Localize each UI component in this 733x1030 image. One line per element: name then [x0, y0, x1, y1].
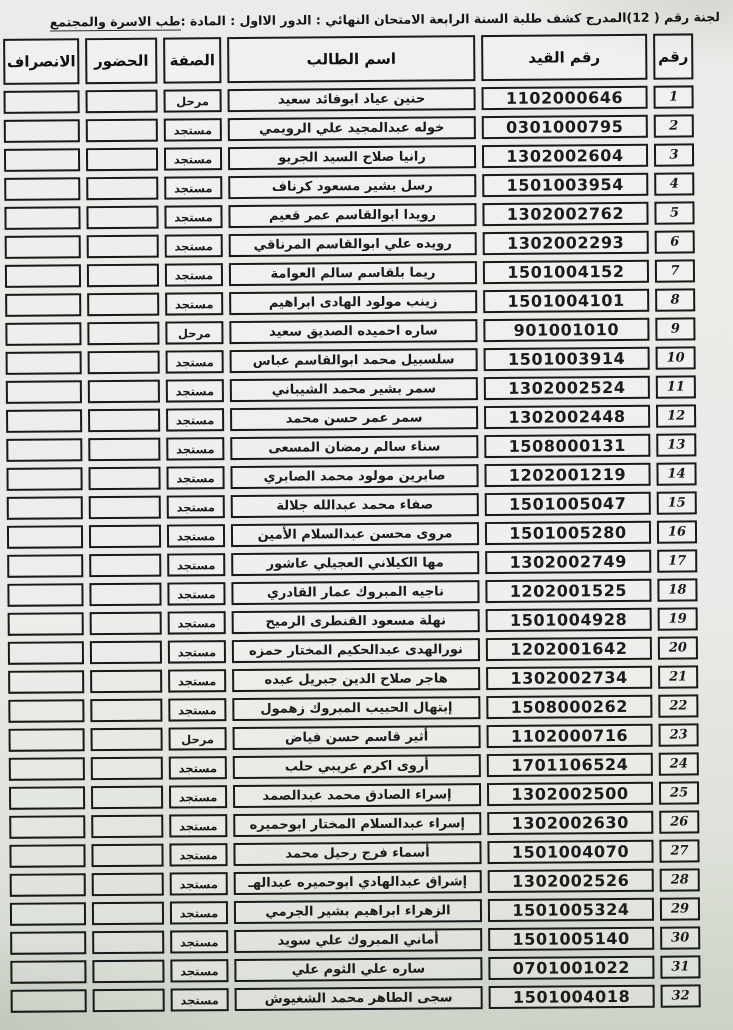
status-cell: مستجد [166, 437, 224, 460]
student-name-cell: سجى الطاهر محمد الشغيوش [235, 986, 483, 1011]
table-row: 16 1501005280 مروى محسن عبدالسلام الأمين… [7, 520, 697, 548]
departure-cell [9, 844, 85, 868]
departure-cell [7, 554, 83, 578]
registration-number-cell: 1302002734 [486, 666, 652, 690]
row-number-cell: 20 [658, 636, 698, 659]
attendance-cell [88, 380, 160, 404]
departure-cell [7, 583, 83, 607]
student-name-cell: رويدا ابوالقاسم عمر قعيم [228, 203, 476, 228]
registration-number-cell: 1501004152 [483, 260, 649, 284]
status-cell: مستجد [166, 466, 224, 489]
status-cell: مستجد [169, 785, 227, 808]
student-name-cell: ساره علي الثوم علي [234, 957, 482, 982]
student-name-cell: مها الكيلاني العجيلي عاشور [231, 551, 479, 576]
attendance-cell [86, 177, 158, 201]
registration-number-cell: 1302002604 [482, 144, 648, 168]
departure-cell [4, 119, 80, 143]
departure-cell [9, 786, 85, 810]
departure-cell [5, 322, 81, 346]
attendance-cell [91, 815, 163, 839]
attendance-cell [92, 873, 164, 897]
table-row: 11 1302002524 سمر بشير محمد الشيباني مست… [6, 375, 696, 403]
table-row: 10 1501003914 سلسبيل محمد ابوالقاسم عباس… [6, 346, 696, 374]
attendance-cell [87, 235, 159, 259]
page-title-text: لجنة رقم ( 12)المدرج كشف طلبة السنة الرا… [181, 9, 720, 28]
attendance-cell [90, 641, 162, 665]
registration-number-cell: 1501004101 [483, 289, 649, 313]
student-name-cell: صفاء محمد عبدالله جلالة [231, 493, 479, 518]
departure-cell [8, 699, 84, 723]
attendance-cell [89, 583, 161, 607]
status-cell: مستجد [168, 640, 226, 663]
departure-cell [4, 177, 80, 201]
row-number-cell: 4 [654, 172, 694, 195]
registration-number-cell: 1202001525 [485, 579, 651, 603]
status-cell: مستجد [165, 292, 223, 315]
status-cell: مستجد [170, 872, 228, 895]
status-cell: مرحل [169, 727, 227, 750]
row-number-cell: 22 [658, 694, 698, 717]
student-name-cell: سناء سالم رمضان المسعى [230, 435, 478, 460]
table-row: 32 1501004018 سجى الطاهر محمد الشغيوش مس… [11, 984, 701, 1012]
registration-number-cell: 1302002630 [487, 811, 653, 835]
registration-number-cell: 1501004928 [486, 608, 652, 632]
attendance-cell [89, 525, 161, 549]
row-number-cell: 10 [656, 346, 696, 369]
status-cell: مستجد [165, 234, 223, 257]
status-cell: مستجد [166, 350, 224, 373]
table-row: 28 1302002526 إشراق عبدالهادي ابوحميره ع… [10, 868, 700, 896]
status-cell: مستجد [169, 814, 227, 837]
registration-number-cell: 1501004070 [487, 840, 653, 864]
student-name-cell: سمر عمر حسن محمد [230, 406, 478, 431]
status-cell: مستجد [164, 205, 222, 228]
registration-number-cell: 1501003914 [484, 347, 650, 371]
student-name-cell: الزهراء ابراهيم بشير الجرمي [234, 899, 482, 924]
row-number-cell: 11 [656, 375, 696, 398]
column-header-student-name: اسم الطالب [227, 35, 475, 83]
departure-cell [9, 757, 85, 781]
attendance-cell [91, 728, 163, 752]
student-name-cell: سلسبيل محمد ابوالقاسم عباس [230, 348, 478, 373]
column-header-number: رقم [653, 33, 693, 79]
table-row: 15 1501005047 صفاء محمد عبدالله جلالة مس… [7, 491, 697, 519]
row-number-cell: 14 [656, 462, 696, 485]
status-cell: مستجد [169, 756, 227, 779]
table-row: 26 1302002630 إسراء عبدالسلام المختار اب… [9, 810, 699, 838]
departure-cell [8, 670, 84, 694]
table-row: 21 1302002734 هاجر صلاح الدين جبريل عبده… [8, 665, 698, 693]
registration-number-cell: 1102000646 [481, 86, 647, 110]
departure-cell [5, 264, 81, 288]
student-name-cell: ساره احميده الصديق سعيد [229, 319, 477, 344]
status-cell: مرحل [165, 321, 223, 344]
table-row: 27 1501004070 أسماء فرج رحيل محمد مستجد [9, 839, 699, 867]
student-name-cell: صابرين مولود محمد الصابري [230, 464, 478, 489]
attendance-cell [89, 496, 161, 520]
departure-cell [10, 902, 86, 926]
registration-number-cell: 901001010 [483, 318, 649, 342]
row-number-cell: 3 [654, 143, 694, 166]
status-cell: مستجد [167, 524, 225, 547]
departure-cell [4, 148, 80, 172]
table-row: 12 1302002448 سمر عمر حسن محمد مستجد [6, 404, 696, 432]
table-row: 9 901001010 ساره احميده الصديق سعيد مرحل [5, 317, 695, 345]
row-number-cell: 27 [659, 839, 699, 862]
table-row: 7 1501004152 ريما بلقاسم سالم العوامة مس… [5, 259, 695, 287]
row-number-cell: 9 [655, 317, 695, 340]
status-cell: مستجد [168, 611, 226, 634]
registration-number-cell: 1102000716 [487, 724, 653, 748]
student-name-cell: سمر بشير محمد الشيباني [230, 377, 478, 402]
departure-cell [5, 235, 81, 259]
registration-number-cell: 1501005047 [485, 492, 651, 516]
registration-number-cell: 1302002526 [488, 869, 654, 893]
registration-number-cell: 1501005324 [488, 898, 654, 922]
row-number-cell: 25 [659, 781, 699, 804]
attendance-cell [87, 293, 159, 317]
attendance-cell [92, 960, 164, 984]
table-row: 13 1508000131 سناء سالم رمضان المسعى مست… [6, 433, 696, 461]
student-name-cell: نهلة مسعود القنطرى الرميح [232, 609, 480, 634]
attendance-cell [86, 90, 158, 114]
departure-cell [9, 815, 85, 839]
status-cell: مستجد [166, 379, 224, 402]
attendance-cell [88, 467, 160, 491]
registration-number-cell: 0301000795 [482, 115, 648, 139]
table-row: 4 1501003954 رسل بشير مسعود كرناف مستجد [4, 172, 694, 200]
attendance-cell [90, 670, 162, 694]
registration-number-cell: 1302002749 [485, 550, 651, 574]
table-row: 1 1102000646 حنين عياد ابوفائد سعيد مرحل [4, 85, 694, 113]
row-number-cell: 13 [656, 433, 696, 456]
attendance-cell [93, 989, 165, 1013]
student-name-cell: إسراء عبدالسلام المختار ابوحميره [233, 812, 481, 837]
registration-number-cell: 1701106524 [487, 753, 653, 777]
student-name-cell: خوله عبدالمجيد علي الرويمي [228, 116, 476, 141]
table-row: 18 1202001525 ناجيه المبروك عمار القادري… [7, 578, 697, 606]
table-row: 3 1302002604 رانيا صلاح السيد الجريو مست… [4, 143, 694, 171]
status-cell: مستجد [168, 698, 226, 721]
row-number-cell: 17 [657, 549, 697, 572]
table-row: 20 1202001642 نورالهدى عبدالحكيم المختار… [8, 636, 698, 664]
student-name-cell: إشراق عبدالهادي ابوحميره عبدالهـ [234, 870, 482, 895]
students-table-body: 1 1102000646 حنين عياد ابوفائد سعيد مرحل… [4, 85, 701, 1012]
student-name-cell: مروى محسن عبدالسلام الأمين [231, 522, 479, 547]
departure-cell [6, 351, 82, 375]
departure-cell [4, 90, 80, 114]
status-cell: مستجد [170, 901, 228, 924]
attendance-cell [86, 206, 158, 230]
table-row: 22 1508000262 إبتهال الحبيب المبروك زهمو… [8, 694, 698, 722]
status-cell: مستجد [164, 118, 222, 141]
student-name-cell: أسماء فرج رحيل محمد [233, 841, 481, 866]
attendance-cell [88, 438, 160, 462]
registration-number-cell: 1302002500 [487, 782, 653, 806]
student-name-cell: رويده علي ابوالقاسم المرناقي [229, 232, 477, 257]
departure-cell [6, 467, 82, 491]
row-number-cell: 1 [653, 85, 693, 108]
table-row: 17 1302002749 مها الكيلاني العجيلي عاشور… [7, 549, 697, 577]
student-name-cell: رانيا صلاح السيد الجريو [228, 145, 476, 170]
student-name-cell: نورالهدى عبدالحكيم المختار حمزه [232, 638, 480, 663]
departure-cell [10, 931, 86, 955]
departure-cell [10, 873, 86, 897]
departure-cell [10, 960, 86, 984]
table-row: 14 1202001219 صابرين مولود محمد الصابري … [6, 462, 696, 490]
attendance-cell [92, 931, 164, 955]
attendance-cell [90, 612, 162, 636]
status-cell: مستجد [171, 988, 229, 1011]
attendance-cell [86, 148, 158, 172]
page-title-subject: طب الاسرة والمجتمع [50, 13, 181, 31]
row-number-cell: 8 [655, 288, 695, 311]
row-number-cell: 28 [660, 868, 700, 891]
student-name-cell: أثير قاسم حسن فياض [233, 725, 481, 750]
status-cell: مستجد [165, 263, 223, 286]
registration-number-cell: 1302002762 [482, 202, 648, 226]
row-number-cell: 29 [660, 897, 700, 920]
departure-cell [4, 206, 80, 230]
attendance-cell [91, 757, 163, 781]
row-number-cell: 15 [657, 491, 697, 514]
status-cell: مستجد [168, 669, 226, 692]
registration-number-cell: 1202001642 [486, 637, 652, 661]
registration-number-cell: 1302002293 [483, 231, 649, 255]
row-number-cell: 32 [661, 984, 701, 1007]
document-sheet: لجنة رقم ( 12)المدرج كشف طلبة السنة الرا… [0, 0, 733, 1019]
row-number-cell: 26 [659, 810, 699, 833]
attendance-cell [88, 409, 160, 433]
table-row: 24 1701106524 أروى اكرم عريبي حلب مستجد [9, 752, 699, 780]
departure-cell [6, 438, 82, 462]
registration-number-cell: 1501005280 [485, 521, 651, 545]
attendance-cell [87, 264, 159, 288]
departure-cell [11, 989, 87, 1013]
status-cell: مستجد [170, 930, 228, 953]
registration-number-cell: 1302002524 [484, 376, 650, 400]
scan-background: { "page": { "title_prefix": "لجنة رقم ( … [0, 0, 733, 1030]
registration-number-cell: 0701001022 [488, 956, 654, 980]
departure-cell [5, 293, 81, 317]
registration-number-cell: 1501004018 [489, 985, 655, 1009]
attendance-cell [88, 351, 160, 375]
table-row: 25 1302002500 إسراء الصادق محمد عبدالصمد… [9, 781, 699, 809]
departure-cell [6, 409, 82, 433]
column-header-registration: رقم القيد [481, 34, 647, 81]
status-cell: مستجد [167, 553, 225, 576]
row-number-cell: 2 [654, 114, 694, 137]
attendance-cell [87, 322, 159, 346]
row-number-cell: 18 [657, 578, 697, 601]
registration-number-cell: 1508000262 [486, 695, 652, 719]
attendance-cell [90, 699, 162, 723]
departure-cell [9, 728, 85, 752]
table-row: 8 1501004101 زينب مولود الهادى ابراهيم م… [5, 288, 695, 316]
attendance-cell [92, 902, 164, 926]
status-cell: مستجد [166, 408, 224, 431]
row-number-cell: 16 [657, 520, 697, 543]
row-number-cell: 19 [658, 607, 698, 630]
row-number-cell: 30 [660, 926, 700, 949]
row-number-cell: 6 [655, 230, 695, 253]
student-name-cell: هاجر صلاح الدين جبريل عبده [232, 667, 480, 692]
table-row: 19 1501004928 نهلة مسعود القنطرى الرميح … [8, 607, 698, 635]
registration-number-cell: 1302002448 [484, 405, 650, 429]
column-header-departure: الانصراف [3, 38, 79, 85]
row-number-cell: 31 [660, 955, 700, 978]
registration-number-cell: 1202001219 [484, 463, 650, 487]
row-number-cell: 12 [656, 404, 696, 427]
status-cell: مرحل [164, 89, 222, 112]
status-cell: مستجد [164, 147, 222, 170]
student-name-cell: حنين عياد ابوفائد سعيد [228, 87, 476, 112]
student-name-cell: إبتهال الحبيب المبروك زهمول [232, 696, 480, 721]
attendance-cell [91, 786, 163, 810]
student-name-cell: زينب مولود الهادى ابراهيم [229, 290, 477, 315]
student-name-cell: أماني المبروك علي سويد [234, 928, 482, 953]
departure-cell [7, 525, 83, 549]
status-cell: مستجد [169, 843, 227, 866]
student-name-cell: رسل بشير مسعود كرناف [228, 174, 476, 199]
departure-cell [8, 612, 84, 636]
departure-cell [7, 496, 83, 520]
registration-number-cell: 1501003954 [482, 173, 648, 197]
status-cell: مستجد [167, 495, 225, 518]
table-row: 2 0301000795 خوله عبدالمجيد علي الرويمي … [4, 114, 694, 142]
departure-cell [6, 380, 82, 404]
table-row: 30 1501005140 أماني المبروك علي سويد مست… [10, 926, 700, 954]
table-header-row: رقم رقم القيد اسم الطالب الصفة الحضور ال… [3, 33, 693, 84]
status-cell: مستجد [164, 176, 222, 199]
registration-number-cell: 1508000131 [484, 434, 650, 458]
attendance-cell [86, 119, 158, 143]
student-name-cell: أروى اكرم عريبي حلب [233, 754, 481, 779]
column-header-status: الصفة [163, 37, 221, 83]
student-name-cell: إسراء الصادق محمد عبدالصمد [233, 783, 481, 808]
row-number-cell: 21 [658, 665, 698, 688]
table-row: 31 0701001022 ساره علي الثوم علي مستجد [10, 955, 700, 983]
status-cell: مستجد [167, 582, 225, 605]
registration-number-cell: 1501005140 [488, 927, 654, 951]
row-number-cell: 7 [655, 259, 695, 282]
status-cell: مستجد [170, 959, 228, 982]
row-number-cell: 24 [659, 752, 699, 775]
column-header-attendance: الحضور [85, 38, 157, 85]
row-number-cell: 23 [659, 723, 699, 746]
table-row: 6 1302002293 رويده علي ابوالقاسم المرناق… [5, 230, 695, 258]
attendance-cell [89, 554, 161, 578]
attendance-cell [91, 844, 163, 868]
students-table: رقم رقم القيد اسم الطالب الصفة الحضور ال… [0, 27, 707, 1018]
table-row: 23 1102000716 أثير قاسم حسن فياض مرحل [9, 723, 699, 751]
student-name-cell: ريما بلقاسم سالم العوامة [229, 261, 477, 286]
row-number-cell: 5 [654, 201, 694, 224]
student-name-cell: ناجيه المبروك عمار القادري [231, 580, 479, 605]
table-row: 5 1302002762 رويدا ابوالقاسم عمر قعيم مس… [4, 201, 694, 229]
table-row: 29 1501005324 الزهراء ابراهيم بشير الجرم… [10, 897, 700, 925]
departure-cell [8, 641, 84, 665]
